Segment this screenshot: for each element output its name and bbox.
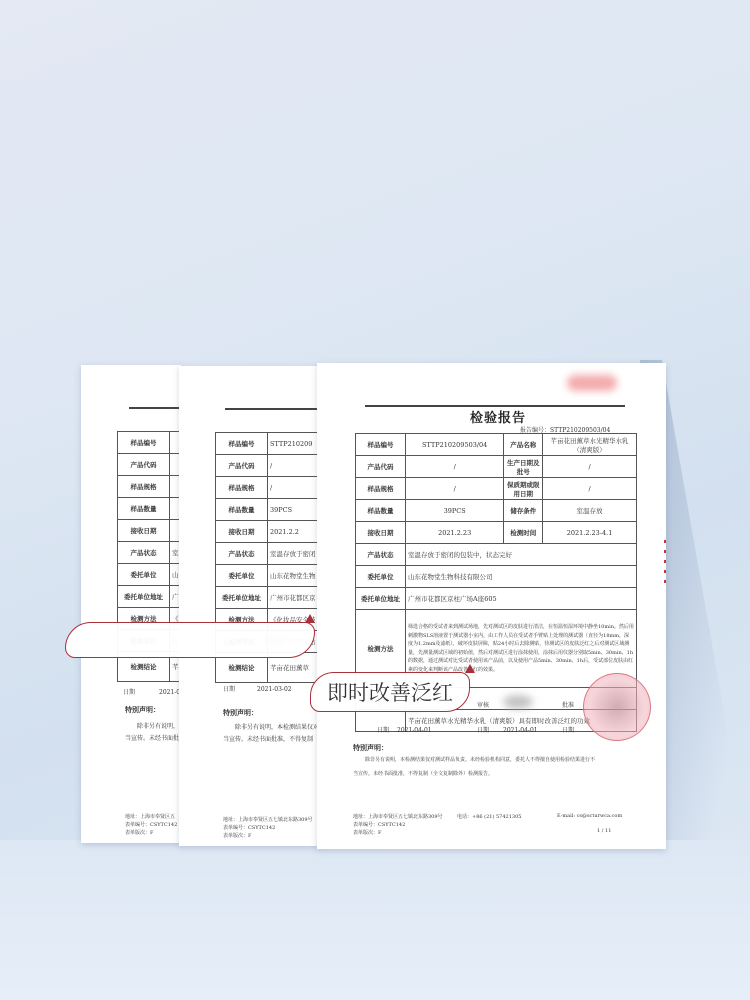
date-label: 日期 xyxy=(223,684,235,693)
cell-value: 广州市花都区京柱广场A座605 xyxy=(406,588,637,610)
cell-value: / xyxy=(406,456,504,478)
callout-pointer-arrow xyxy=(465,664,475,673)
cell-label: 委托单位地址 xyxy=(118,586,170,608)
table-row: 样品数量39PCS xyxy=(216,499,320,521)
cell-label: 产品名称 xyxy=(504,434,543,456)
table-row: 样品规格 xyxy=(118,476,182,498)
table-row: 委托单位地址广州市花都区京 xyxy=(216,587,320,609)
table-row: 接收日期2021.2.23检测时间2021.2.23-4.1 xyxy=(356,522,637,544)
cell-label: 样品编号 xyxy=(118,432,170,454)
table-row: 产品代码/ xyxy=(216,455,320,477)
table-row: 委托单位地址广 xyxy=(118,586,182,608)
cell-label: 保质期或限用日期 xyxy=(504,478,543,500)
statement-title: 特别声明： xyxy=(353,743,388,753)
table-row: 产品状态室 xyxy=(118,542,182,564)
table-row: 委托单位山东花物堂生物科技有限公司 xyxy=(356,566,637,588)
table-row: 产品代码/生产日期及批号/ xyxy=(356,456,637,478)
cell-label: 接收日期 xyxy=(356,522,406,544)
cell-value: 2021.2.23 xyxy=(406,522,504,544)
callout-pointer-arrow xyxy=(305,614,315,623)
footer-form-no: 表单编号：CSYTC142 xyxy=(125,821,177,828)
table-row: 样品数量 xyxy=(118,498,182,520)
table-row: 产品状态室温存放于密闭 xyxy=(216,543,320,565)
report-title: 检验报告 xyxy=(470,407,526,426)
cell-label: 接收日期 xyxy=(216,521,268,543)
sign-date-label: 日期 xyxy=(477,725,489,734)
table-row: 样品规格/ xyxy=(216,477,320,499)
table-row: 委托单位山 xyxy=(118,564,182,586)
table-row: 产品代码 xyxy=(118,454,182,476)
footer-address: 地址：上海市奉贤区五七镇北东路309号 xyxy=(353,813,443,820)
cell-label: 产品代码 xyxy=(118,454,170,476)
statement-title: 特别声明： xyxy=(125,705,160,715)
sign-date-label: 日期 xyxy=(377,725,389,734)
header-rule xyxy=(129,407,181,409)
cell-label: 委托单位地址 xyxy=(216,587,268,609)
cell-value: 广州市花都区京 xyxy=(268,587,320,609)
cell-label: 样品数量 xyxy=(216,499,268,521)
cell-value: 室温存放于密闭的包装中，状态完好 xyxy=(406,544,637,566)
cell-value: / xyxy=(268,477,320,499)
cell-value: 39PCS xyxy=(268,499,320,521)
footer-version: 表单版次：F xyxy=(125,829,153,836)
cell-value: 39PCS xyxy=(406,500,504,522)
statement-line-1: 除非另有说明， xyxy=(137,721,179,730)
table-row: 接收日期 xyxy=(118,520,182,542)
statement-line-2: 当宣传。未经书面批准，不得复制（全文复制除外）检测报告。 xyxy=(353,770,493,777)
table-row: 样品编号STTP210209503/04产品名称芊亩花田薰草水光精华水乳（清爽版… xyxy=(356,434,637,456)
cell-label: 产品状态 xyxy=(216,543,268,565)
cell-label: 样品编号 xyxy=(356,434,406,456)
date-value: 2021-03-02 xyxy=(257,686,292,693)
cell-label: 接收日期 xyxy=(118,520,170,542)
cell-label: 产品状态 xyxy=(356,544,406,566)
sign-review-label: 审核 xyxy=(477,700,489,709)
date-value: 2021-0 xyxy=(159,689,180,696)
footer-email: E-mail: cs@scturwca.com xyxy=(557,813,622,819)
footer-address: 地址：上海市奉贤区五七镇北东路309号 xyxy=(223,816,313,823)
signature-blurred xyxy=(503,695,533,709)
cell-label: 产品代码 xyxy=(356,456,406,478)
sign-approve-label: 批准 xyxy=(562,700,574,709)
footer-version: 表单版次：F xyxy=(223,832,251,839)
sign-date-label: 日期 xyxy=(562,725,574,734)
footer-form-no: 表单编号：CSYTC142 xyxy=(223,824,275,831)
sign-date-1: 2021-04-01 xyxy=(397,727,432,734)
callout-empty xyxy=(65,622,315,658)
cell-value: / xyxy=(268,455,320,477)
cell-label: 储存条件 xyxy=(504,500,543,522)
statement-line-1: 除非另有说明，本检测结果仅对测 xyxy=(235,722,319,731)
cell-value: STTP210209503/04 xyxy=(406,434,504,456)
cell-label: 委托单位 xyxy=(118,564,170,586)
table-row: 产品状态室温存放于密闭的包装中，状态完好 xyxy=(356,544,637,566)
cell-label: 生产日期及批号 xyxy=(504,456,543,478)
date-label: 日期 xyxy=(123,687,135,696)
header-rule xyxy=(225,408,319,410)
cell-label: 样品编号 xyxy=(216,433,268,455)
callout-highlight: 即时改善泛红 xyxy=(310,672,470,712)
cell-value: 山东花物堂生物科技有限公司 xyxy=(406,566,637,588)
cell-label: 委托单位地址 xyxy=(356,588,406,610)
report-page-front: 检验报告 报告编号：STTP210209503/04 样品编号STTP21020… xyxy=(317,363,666,849)
cell-label: 样品数量 xyxy=(118,498,170,520)
table-row: 委托单位山东花物堂生物 xyxy=(216,565,320,587)
footer-address: 地址：上海市奉贤区五 xyxy=(125,813,175,820)
cell-value: 室温存放于密闭 xyxy=(268,543,320,565)
seam-mark xyxy=(664,540,666,590)
cell-value: 2021.2.2 xyxy=(268,521,320,543)
cell-value: 芊亩花田薰草水光精华水乳（清爽版） xyxy=(543,434,637,456)
report-page-back-left: 样品编号产品代码样品规格样品数量接收日期产品状态室委托单位山委托单位地址广检测方… xyxy=(81,365,181,843)
table-row: 样品编号 xyxy=(118,432,182,454)
cell-value: / xyxy=(543,456,637,478)
cell-value: 2021.2.23-4.1 xyxy=(543,522,637,544)
official-stamp xyxy=(583,673,651,741)
cell-label: 委托单位 xyxy=(356,566,406,588)
cell-label: 样品规格 xyxy=(118,476,170,498)
statement-title: 特别声明： xyxy=(223,708,258,718)
table-row: 委托单位地址广州市花都区京柱广场A座605 xyxy=(356,588,637,610)
cell-label: 样品数量 xyxy=(356,500,406,522)
cell-value: STTP210209 xyxy=(268,433,320,455)
footer-form-no: 表单编号：CSYTC142 xyxy=(353,821,405,828)
statement-line-2: 当宣传。未经书面批准，不得复制（全 xyxy=(223,734,319,743)
table-row: 样品数量39PCS储存条件室温存放 xyxy=(356,500,637,522)
cell-value: 山东花物堂生物 xyxy=(268,565,320,587)
cell-value: / xyxy=(406,478,504,500)
footer-version: 表单版次：F xyxy=(353,829,381,836)
footer-phone: 电话：+86 (21) 57421305 xyxy=(457,813,521,820)
table-row: 接收日期2021.2.2 xyxy=(216,521,320,543)
sign-date-2: 2021-04-01 xyxy=(503,727,538,734)
table-row: 样品编号STTP210209 xyxy=(216,433,320,455)
logo-blurred xyxy=(567,375,617,391)
page-number: 1 / 11 xyxy=(597,828,611,834)
cell-value: / xyxy=(543,478,637,500)
cell-label: 产品代码 xyxy=(216,455,268,477)
floor-surface xyxy=(0,840,750,1000)
cell-label: 产品状态 xyxy=(118,542,170,564)
cell-label: 样品规格 xyxy=(216,477,268,499)
cell-label: 样品规格 xyxy=(356,478,406,500)
statement-line-1: 除非另有说明，本检测结果仅对测试样品负责。未经检验机构同意，委托人不得擅自使用检… xyxy=(365,756,595,763)
table-row: 样品规格/保质期或限用日期/ xyxy=(356,478,637,500)
cell-label: 检测时间 xyxy=(504,522,543,544)
report-page-back-middle: 样品编号STTP210209产品代码/样品规格/样品数量39PCS接收日期202… xyxy=(179,366,319,846)
cell-label: 委托单位 xyxy=(216,565,268,587)
cell-value: 室温存放 xyxy=(543,500,637,522)
statement-line-2: 当宣传。未经书面批准， xyxy=(125,733,181,742)
